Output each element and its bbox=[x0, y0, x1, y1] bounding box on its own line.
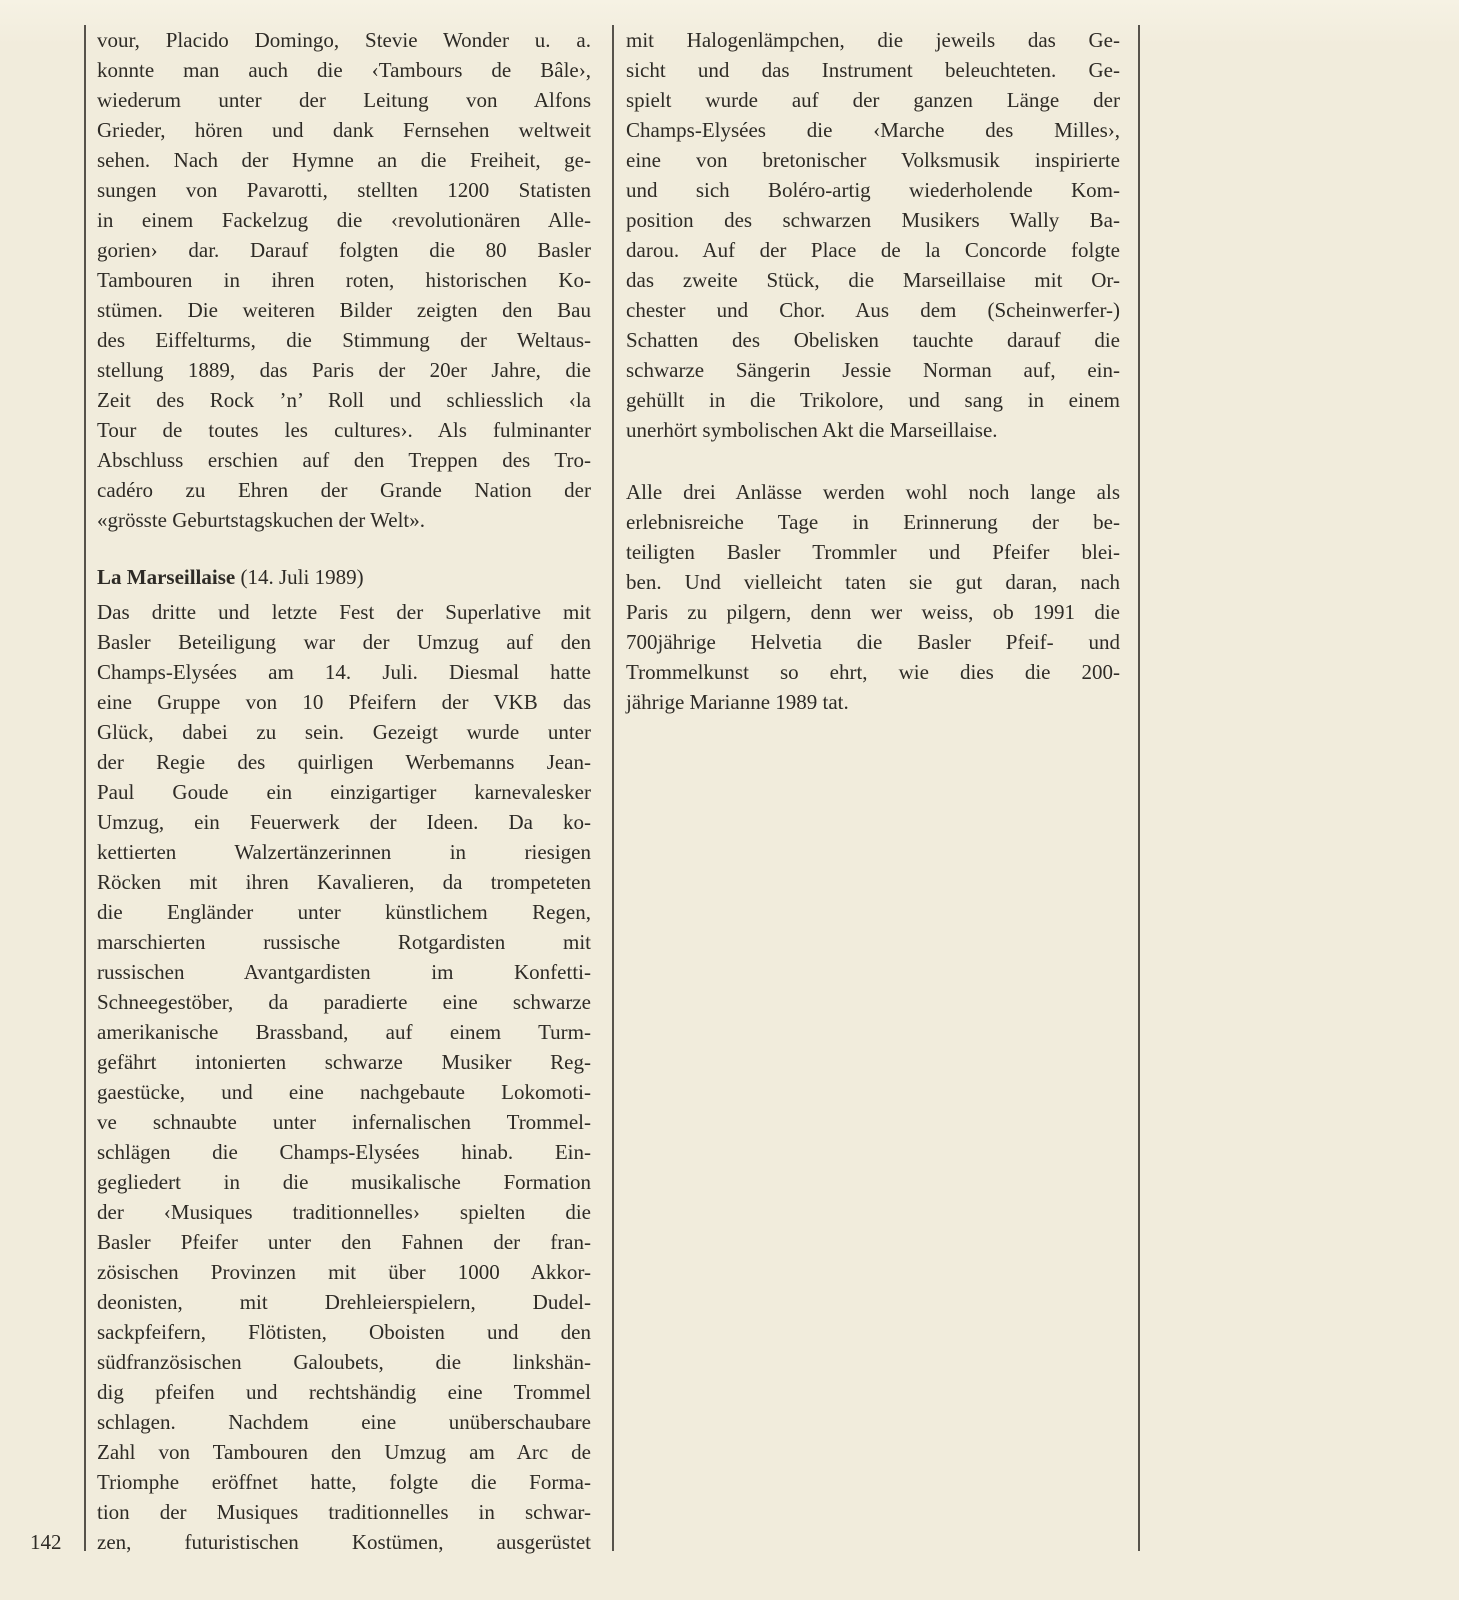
text-line: sicht und das Instrument beleuchteten. G… bbox=[626, 55, 1120, 85]
column-divider-rule bbox=[612, 25, 614, 1551]
text-line: schlägen die Champs-Elysées hinab. Ein- bbox=[97, 1137, 591, 1167]
text-line: marschierten russische Rotgardisten mit bbox=[97, 927, 591, 957]
paragraph-tambours: vour, Placido Domingo, Stevie Wonder u. … bbox=[97, 25, 591, 535]
text-line: Trommelkunst so ehrt, wie dies die 200- bbox=[626, 657, 1120, 687]
text-line: Schneegestöber, da paradierte eine schwa… bbox=[97, 987, 591, 1017]
text-line: mit Halogenlämpchen, die jeweils das Ge- bbox=[626, 25, 1120, 55]
text-line: Alle drei Anlässe werden wohl noch lange… bbox=[626, 477, 1120, 507]
text-line: gegliedert in die musikalische Formation bbox=[97, 1167, 591, 1197]
text-line: südfranzösischen Galoubets, die linkshän… bbox=[97, 1347, 591, 1377]
text-line: teiligten Basler Trommler und Pfeifer bl… bbox=[626, 537, 1120, 567]
text-line: position des schwarzen Musikers Wally Ba… bbox=[626, 205, 1120, 235]
text-line: deonisten, mit Drehleierspielern, Dudel- bbox=[97, 1287, 591, 1317]
text-line: Röcken mit ihren Kavalieren, da trompete… bbox=[97, 867, 591, 897]
text-line: Triomphe eröffnet hatte, folgte die Form… bbox=[97, 1467, 591, 1497]
text-line: stümen. Die weiteren Bilder zeigten den … bbox=[97, 295, 591, 325]
text-line: Paris zu pilgern, denn wer weiss, ob 199… bbox=[626, 597, 1120, 627]
scanned-page: vour, Placido Domingo, Stevie Wonder u. … bbox=[0, 0, 1459, 1600]
paragraph-marseillaise: Das dritte und letzte Fest der Superlati… bbox=[97, 597, 591, 1557]
text-line: unerhört symbolischen Akt die Marseillai… bbox=[626, 415, 1120, 445]
text-line: darou. Auf der Place de la Concorde folg… bbox=[626, 235, 1120, 265]
text-line: Basler Pfeifer unter den Fahnen der fran… bbox=[97, 1227, 591, 1257]
text-line: Champs-Elysées die ‹Marche des Milles›, bbox=[626, 115, 1120, 145]
text-line: und sich Boléro-artig wiederholende Kom- bbox=[626, 175, 1120, 205]
text-line: der Regie des quirligen Werbemanns Jean- bbox=[97, 747, 591, 777]
text-line: dig pfeifen und rechtshändig eine Tromme… bbox=[97, 1377, 591, 1407]
text-line: eine von bretonischer Volksmusik inspiri… bbox=[626, 145, 1120, 175]
text-line: der ‹Musiques traditionnelles› spielten … bbox=[97, 1197, 591, 1227]
text-line: gaestücke, und eine nachgebaute Lokomoti… bbox=[97, 1077, 591, 1107]
left-column: vour, Placido Domingo, Stevie Wonder u. … bbox=[97, 25, 591, 1557]
text-line: ve schnaubte unter infernalischen Tromme… bbox=[97, 1107, 591, 1137]
text-line: Grieder, hören und dank Fernsehen weltwe… bbox=[97, 115, 591, 145]
text-line: amerikanische Brassband, auf einem Turm- bbox=[97, 1017, 591, 1047]
text-line: Tambouren in ihren roten, historischen K… bbox=[97, 265, 591, 295]
text-line: die Engländer unter künstlichem Regen, bbox=[97, 897, 591, 927]
text-line: «grösste Geburtstagskuchen der Welt». bbox=[97, 505, 591, 535]
text-line: tion der Musiques traditionnelles in sch… bbox=[97, 1497, 591, 1527]
text-line: Zahl von Tambouren den Umzug am Arc de bbox=[97, 1437, 591, 1467]
text-line: schlagen. Nachdem eine unüberschaubare bbox=[97, 1407, 591, 1437]
text-line: stellung 1889, das Paris der 20er Jahre,… bbox=[97, 355, 591, 385]
paragraph-marseillaise-continued: mit Halogenlämpchen, die jeweils das Ge-… bbox=[626, 25, 1120, 445]
text-line: schwarze Sängerin Jessie Norman auf, ein… bbox=[626, 355, 1120, 385]
text-line: cadéro zu Ehren der Grande Nation der bbox=[97, 475, 591, 505]
text-line: sackpfeifern, Flötisten, Oboisten und de… bbox=[97, 1317, 591, 1347]
text-line: eine Gruppe von 10 Pfeifern der VKB das bbox=[97, 687, 591, 717]
page-number: 142 bbox=[30, 1527, 62, 1557]
text-block-left-rule bbox=[84, 25, 86, 1551]
section-heading-date: (14. Juli 1989) bbox=[235, 565, 363, 589]
text-line: Das dritte und letzte Fest der Superlati… bbox=[97, 597, 591, 627]
text-line: chester und Chor. Aus dem (Scheinwerfer-… bbox=[626, 295, 1120, 325]
text-line: sehen. Nach der Hymne an die Freiheit, g… bbox=[97, 145, 591, 175]
text-line: gorien› dar. Darauf folgten die 80 Basle… bbox=[97, 235, 591, 265]
text-line: spielt wurde auf der ganzen Länge der bbox=[626, 85, 1120, 115]
text-line: zösischen Provinzen mit über 1000 Akkor- bbox=[97, 1257, 591, 1287]
text-line: gefährt intonierten schwarze Musiker Reg… bbox=[97, 1047, 591, 1077]
right-column: mit Halogenlämpchen, die jeweils das Ge-… bbox=[626, 25, 1120, 717]
text-line: sungen von Pavarotti, stellten 1200 Stat… bbox=[97, 175, 591, 205]
text-line: russischen Avantgardisten im Konfetti- bbox=[97, 957, 591, 987]
text-line: 700jährige Helvetia die Basler Pfeif- un… bbox=[626, 627, 1120, 657]
section-heading: La Marseillaise (14. Juli 1989) bbox=[97, 562, 591, 592]
text-line: Zeit des Rock ’n’ Roll und schliesslich … bbox=[97, 385, 591, 415]
text-line: Champs-Elysées am 14. Juli. Diesmal hatt… bbox=[97, 657, 591, 687]
text-block-right-rule bbox=[1138, 25, 1140, 1551]
text-line: Glück, dabei zu sein. Gezeigt wurde unte… bbox=[97, 717, 591, 747]
text-line: Paul Goude ein einzigartiger karnevalesk… bbox=[97, 777, 591, 807]
text-line: ben. Und vielleicht taten sie gut daran,… bbox=[626, 567, 1120, 597]
section-heading-title: La Marseillaise bbox=[97, 565, 235, 589]
text-line: Tour de toutes les cultures›. Als fulmin… bbox=[97, 415, 591, 445]
text-line: Schatten des Obelisken tauchte darauf di… bbox=[626, 325, 1120, 355]
text-line: das zweite Stück, die Marseillaise mit O… bbox=[626, 265, 1120, 295]
text-line: konnte man auch die ‹Tambours de Bâle›, bbox=[97, 55, 591, 85]
text-line: Basler Beteiligung war der Umzug auf den bbox=[97, 627, 591, 657]
text-line: erlebnisreiche Tage in Erinnerung der be… bbox=[626, 507, 1120, 537]
text-line: zen, futuristischen Kostümen, ausgerüste… bbox=[97, 1527, 591, 1557]
text-line: kettierten Walzertänzerinnen in riesigen bbox=[97, 837, 591, 867]
text-line: Abschluss erschien auf den Treppen des T… bbox=[97, 445, 591, 475]
text-line: Umzug, ein Feuerwerk der Ideen. Da ko- bbox=[97, 807, 591, 837]
text-line: vour, Placido Domingo, Stevie Wonder u. … bbox=[97, 25, 591, 55]
paragraph-closing: Alle drei Anlässe werden wohl noch lange… bbox=[626, 477, 1120, 717]
text-line: gehüllt in die Trikolore, und sang in ei… bbox=[626, 385, 1120, 415]
text-line: wiederum unter der Leitung von Alfons bbox=[97, 85, 591, 115]
text-line: des Eiffelturms, die Stimmung der Weltau… bbox=[97, 325, 591, 355]
text-line: jährige Marianne 1989 tat. bbox=[626, 687, 1120, 717]
text-line: in einem Fackelzug die ‹revolutionären A… bbox=[97, 205, 591, 235]
